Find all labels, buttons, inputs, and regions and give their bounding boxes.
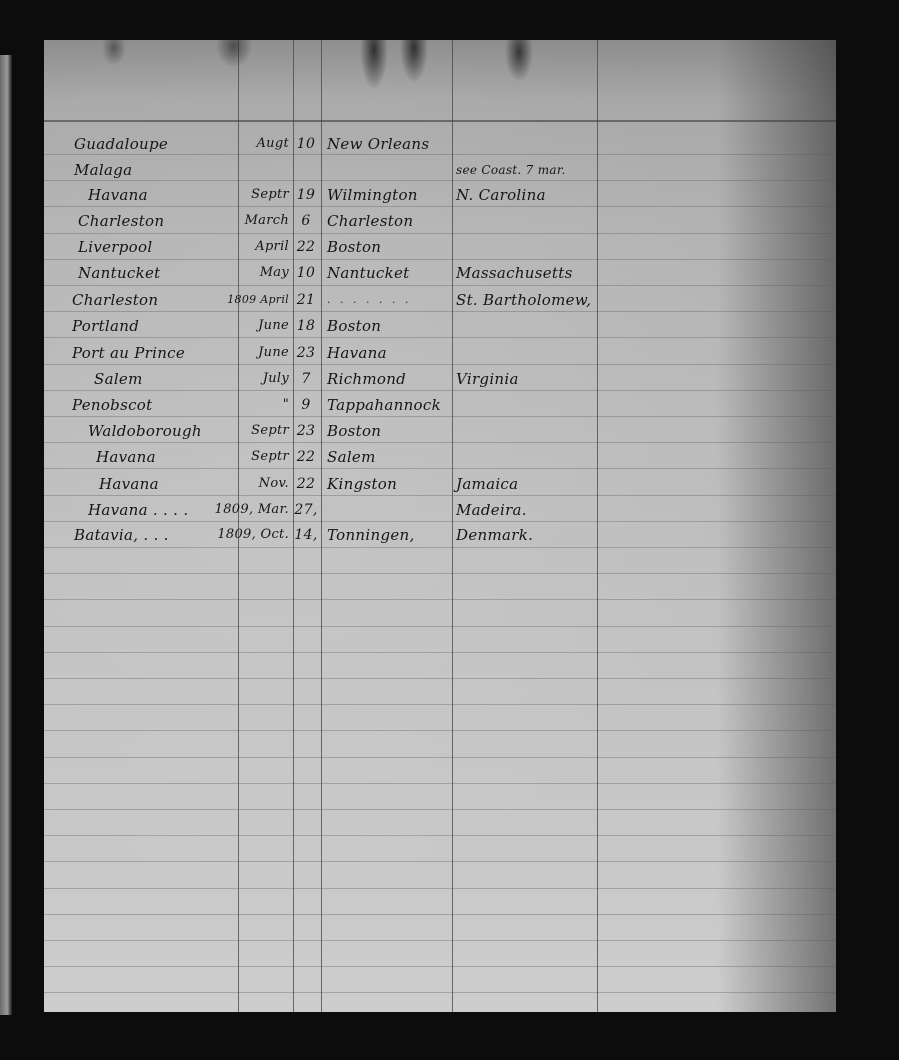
day-cell: 22 — [294, 235, 318, 259]
destination-cell: Nantucket — [327, 261, 410, 285]
adjacent-page-edge — [0, 55, 12, 1015]
ledger-page: Guadaloupe Augt 10 New Orleans Malaga se… — [44, 40, 836, 1012]
port-cell: Havana — [99, 472, 159, 496]
state-cell: Massachusetts — [456, 261, 573, 285]
month-cell: " — [194, 393, 289, 417]
month-cell: April — [194, 235, 289, 259]
month-value: April — [260, 293, 289, 306]
month-cell: 1809, Oct. — [194, 523, 289, 547]
ledger-row: Charleston March 6 Charleston — [44, 209, 836, 233]
destination-cell: . . . . . . . — [327, 288, 411, 312]
ledger-row: Nantucket May 10 Nantucket Massachusetts — [44, 261, 836, 285]
ledger-entries: Guadaloupe Augt 10 New Orleans Malaga se… — [44, 40, 836, 1012]
port-cell: Havana . . . . — [88, 498, 188, 522]
day-cell: 19 — [294, 183, 318, 207]
day-cell: 23 — [294, 341, 318, 365]
destination-cell: Tappahannock — [327, 393, 441, 417]
ledger-row: Malaga see Coast. 7 mar. — [44, 158, 836, 182]
day-cell: 22 — [294, 472, 318, 496]
ledger-row: Batavia, . . . 1809, Oct. 14, Tonningen,… — [44, 523, 836, 547]
day-cell: 6 — [294, 209, 318, 233]
ledger-row: Guadaloupe Augt 10 New Orleans — [44, 132, 836, 156]
month-cell: Nov. — [194, 472, 289, 496]
port-cell: Nantucket — [78, 261, 161, 285]
day-cell: 21 — [294, 288, 318, 312]
month-cell: Septr — [194, 419, 289, 443]
port-cell: Liverpool — [78, 235, 152, 259]
day-cell: 14, — [294, 523, 318, 547]
year-value: 1809 — [217, 527, 251, 542]
port-cell: Charleston — [78, 209, 164, 233]
month-value: Oct. — [261, 527, 290, 542]
destination-cell: Boston — [327, 235, 381, 259]
destination-cell: Boston — [327, 314, 381, 338]
port-cell: Batavia, . . . — [74, 523, 169, 547]
port-cell: Salem — [94, 367, 143, 391]
port-cell: Waldoborough — [88, 419, 202, 443]
day-cell: 7 — [294, 367, 318, 391]
year-value: 1809 — [215, 502, 249, 517]
destination-cell: Wilmington — [327, 183, 418, 207]
port-cell: Charleston — [72, 288, 158, 312]
port-cell: Guadaloupe — [74, 132, 168, 156]
ledger-row: Salem July 7 Richmond Virginia — [44, 367, 836, 391]
day-cell: 27, — [294, 498, 318, 522]
destination-cell: New Orleans — [327, 132, 429, 156]
state-cell: St. Bartholomew, — [456, 288, 591, 312]
destination-cell: Salem — [327, 445, 376, 469]
ledger-row: Portland June 18 Boston — [44, 314, 836, 338]
destination-cell: Charleston — [327, 209, 413, 233]
ledger-row: Havana Septr 22 Salem — [44, 445, 836, 469]
month-cell: June — [194, 341, 289, 365]
ledger-row: Havana . . . . 1809, Mar. 27, Madeira. — [44, 498, 836, 522]
month-cell: 1809, Mar. — [194, 498, 289, 522]
day-cell: 22 — [294, 445, 318, 469]
ledger-row: Charleston 1809 April 21 . . . . . . . S… — [44, 288, 836, 312]
year-value: 1809 — [227, 293, 256, 306]
destination-cell: Tonningen, — [327, 523, 415, 547]
state-cell: N. Carolina — [456, 183, 546, 207]
month-cell: May — [194, 261, 289, 285]
state-cell: see Coast. 7 mar. — [456, 158, 566, 182]
ledger-row: Havana Septr 19 Wilmington N. Carolina — [44, 183, 836, 207]
month-cell: Septr — [194, 183, 289, 207]
ledger-row: Waldoborough Septr 23 Boston — [44, 419, 836, 443]
destination-cell: Boston — [327, 419, 381, 443]
ledger-row: Havana Nov. 22 Kingston Jamaica — [44, 472, 836, 496]
port-cell: Havana — [96, 445, 156, 469]
day-cell: 10 — [294, 132, 318, 156]
ledger-row: Penobscot " 9 Tappahannock — [44, 393, 836, 417]
month-cell: July — [194, 367, 289, 391]
port-cell: Penobscot — [72, 393, 152, 417]
day-cell: 9 — [294, 393, 318, 417]
day-cell: 18 — [294, 314, 318, 338]
destination-cell: Richmond — [327, 367, 406, 391]
port-cell: Havana — [88, 183, 148, 207]
day-cell: 10 — [294, 261, 318, 285]
state-cell: Jamaica — [456, 472, 518, 496]
month-cell: June — [194, 314, 289, 338]
ledger-row: Port au Prince June 23 Havana — [44, 341, 836, 365]
month-value: Mar. — [258, 502, 289, 517]
month-cell: Septr — [194, 445, 289, 469]
destination-cell: Kingston — [327, 472, 397, 496]
port-cell: Portland — [72, 314, 139, 338]
month-cell: 1809 April — [194, 288, 289, 312]
state-cell: Denmark. — [456, 523, 533, 547]
month-cell: March — [194, 209, 289, 233]
port-cell: Malaga — [74, 158, 132, 182]
state-cell: Virginia — [456, 367, 519, 391]
port-cell: Port au Prince — [72, 341, 185, 365]
day-cell: 23 — [294, 419, 318, 443]
destination-cell: Havana — [327, 341, 387, 365]
month-cell: Augt — [194, 132, 289, 156]
state-cell: Madeira. — [456, 498, 527, 522]
ledger-row: Liverpool April 22 Boston — [44, 235, 836, 259]
